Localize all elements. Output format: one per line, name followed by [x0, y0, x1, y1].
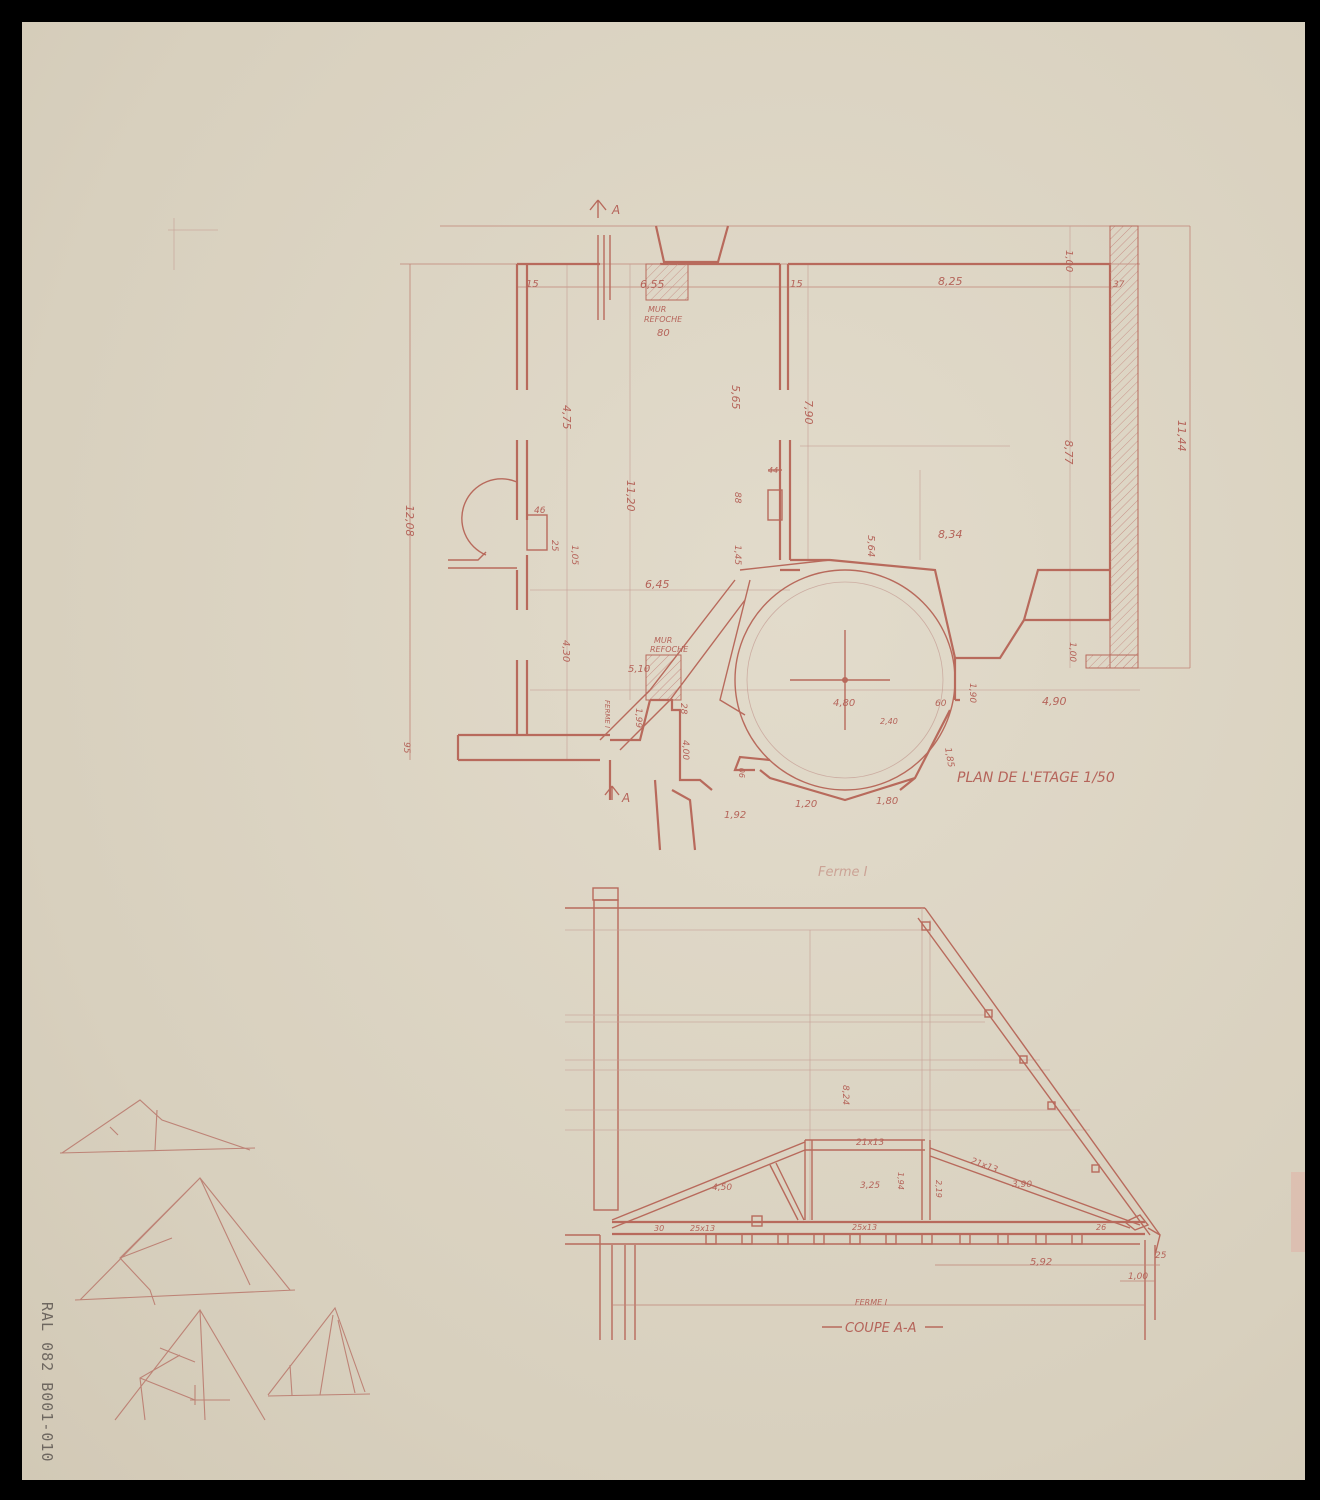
svg-text:1,05: 1,05	[569, 545, 579, 565]
svg-text:REFOCHE: REFOCHE	[644, 315, 683, 324]
svg-text:1,80: 1,80	[876, 796, 898, 807]
svg-text:21x13: 21x13	[856, 1138, 885, 1148]
svg-text:4,00: 4,00	[680, 740, 690, 760]
floor-joists	[706, 1234, 1082, 1244]
plan-title: PLAN DE L'ETAGE 1/50	[957, 770, 1115, 786]
svg-text:11,44: 11,44	[1175, 420, 1188, 452]
svg-text:90: 90	[738, 768, 747, 778]
svg-text:4,30: 4,30	[560, 640, 571, 662]
svg-text:37: 37	[1113, 280, 1125, 290]
svg-text:REFOCHE: REFOCHE	[650, 645, 689, 654]
svg-text:5,10: 5,10	[628, 664, 650, 675]
svg-text:25x13: 25x13	[852, 1223, 877, 1232]
svg-text:11,20: 11,20	[624, 480, 637, 512]
svg-text:60: 60	[935, 699, 947, 709]
svg-text:4,75: 4,75	[560, 405, 573, 430]
svg-text:FERME I: FERME I	[603, 700, 611, 728]
svg-text:88: 88	[732, 492, 742, 504]
svg-text:MUR: MUR	[648, 305, 666, 314]
svg-text:1,00: 1,00	[1067, 642, 1077, 662]
svg-text:26: 26	[1096, 1223, 1106, 1232]
svg-text:46: 46	[534, 506, 546, 516]
svg-text:6,45: 6,45	[645, 578, 670, 591]
svg-text:8,25: 8,25	[938, 275, 963, 288]
svg-text:5,92: 5,92	[1030, 1257, 1052, 1268]
svg-text:4,50: 4,50	[712, 1183, 732, 1193]
truss-sketches	[60, 1100, 370, 1420]
svg-text:15: 15	[790, 279, 803, 290]
svg-text:1,45: 1,45	[732, 545, 742, 565]
section-a-a: 8,24 21x13 4,50 21x13 3,90 3,25 1,94 2,1…	[565, 888, 1167, 1340]
svg-text:1,99: 1,99	[633, 708, 643, 728]
svg-text:4,80: 4,80	[833, 698, 855, 709]
svg-text:A: A	[621, 791, 630, 805]
svg-text:8,24: 8,24	[840, 1085, 850, 1105]
svg-text:1,00: 1,00	[1128, 1272, 1148, 1282]
svg-text:95: 95	[401, 742, 411, 754]
floor-plan: A A 15 6,55	[400, 200, 1190, 880]
svg-text:1,90: 1,90	[967, 683, 977, 703]
svg-text:MUR: MUR	[654, 636, 672, 645]
drawing-sheet: A A 15 6,55	[22, 22, 1305, 1480]
paper-edge-stain	[1291, 1172, 1305, 1252]
svg-text:21x13: 21x13	[969, 1156, 999, 1175]
svg-text:COUPE A-A: COUPE A-A	[845, 1321, 917, 1336]
svg-text:44: 44	[768, 466, 778, 475]
svg-text:15: 15	[526, 279, 539, 290]
svg-text:3,90: 3,90	[1012, 1180, 1032, 1190]
svg-text:5,64: 5,64	[865, 535, 876, 557]
svg-text:8,77: 8,77	[1062, 440, 1075, 465]
svg-text:8,34: 8,34	[938, 528, 963, 541]
svg-text:1,00: 1,00	[1063, 250, 1074, 272]
section-marker-top: A	[590, 200, 620, 218]
svg-text:2,40: 2,40	[880, 717, 898, 726]
section-marker-bottom: A	[605, 786, 630, 805]
registration-mark	[168, 218, 218, 270]
svg-text:2,19: 2,19	[934, 1180, 943, 1198]
archive-stamp: RAL 082 B001-010	[38, 1302, 56, 1463]
architectural-drawing: A A 15 6,55	[22, 22, 1305, 1480]
svg-text:25: 25	[549, 540, 559, 552]
svg-text:A: A	[611, 203, 620, 217]
svg-text:1,92: 1,92	[724, 810, 746, 821]
svg-text:FERME I: FERME I	[855, 1298, 888, 1307]
svg-text:7,90: 7,90	[802, 400, 815, 425]
svg-text:30: 30	[654, 1224, 664, 1233]
section-title: COUPE A-A	[822, 1321, 943, 1336]
svg-text:28: 28	[678, 703, 688, 715]
svg-text:12,08: 12,08	[403, 505, 416, 537]
svg-text:80: 80	[657, 328, 670, 339]
faint-signature: Ferme I	[818, 865, 868, 880]
svg-text:1,94: 1,94	[896, 1172, 905, 1190]
svg-text:3,25: 3,25	[860, 1181, 880, 1191]
svg-text:25x13: 25x13	[690, 1224, 715, 1233]
svg-text:6,55: 6,55	[640, 278, 665, 291]
svg-text:25: 25	[1155, 1251, 1167, 1261]
svg-text:5,65: 5,65	[729, 385, 742, 410]
svg-text:1,20: 1,20	[795, 799, 817, 810]
svg-text:4,90: 4,90	[1042, 695, 1067, 708]
svg-text:1,85: 1,85	[942, 747, 955, 769]
